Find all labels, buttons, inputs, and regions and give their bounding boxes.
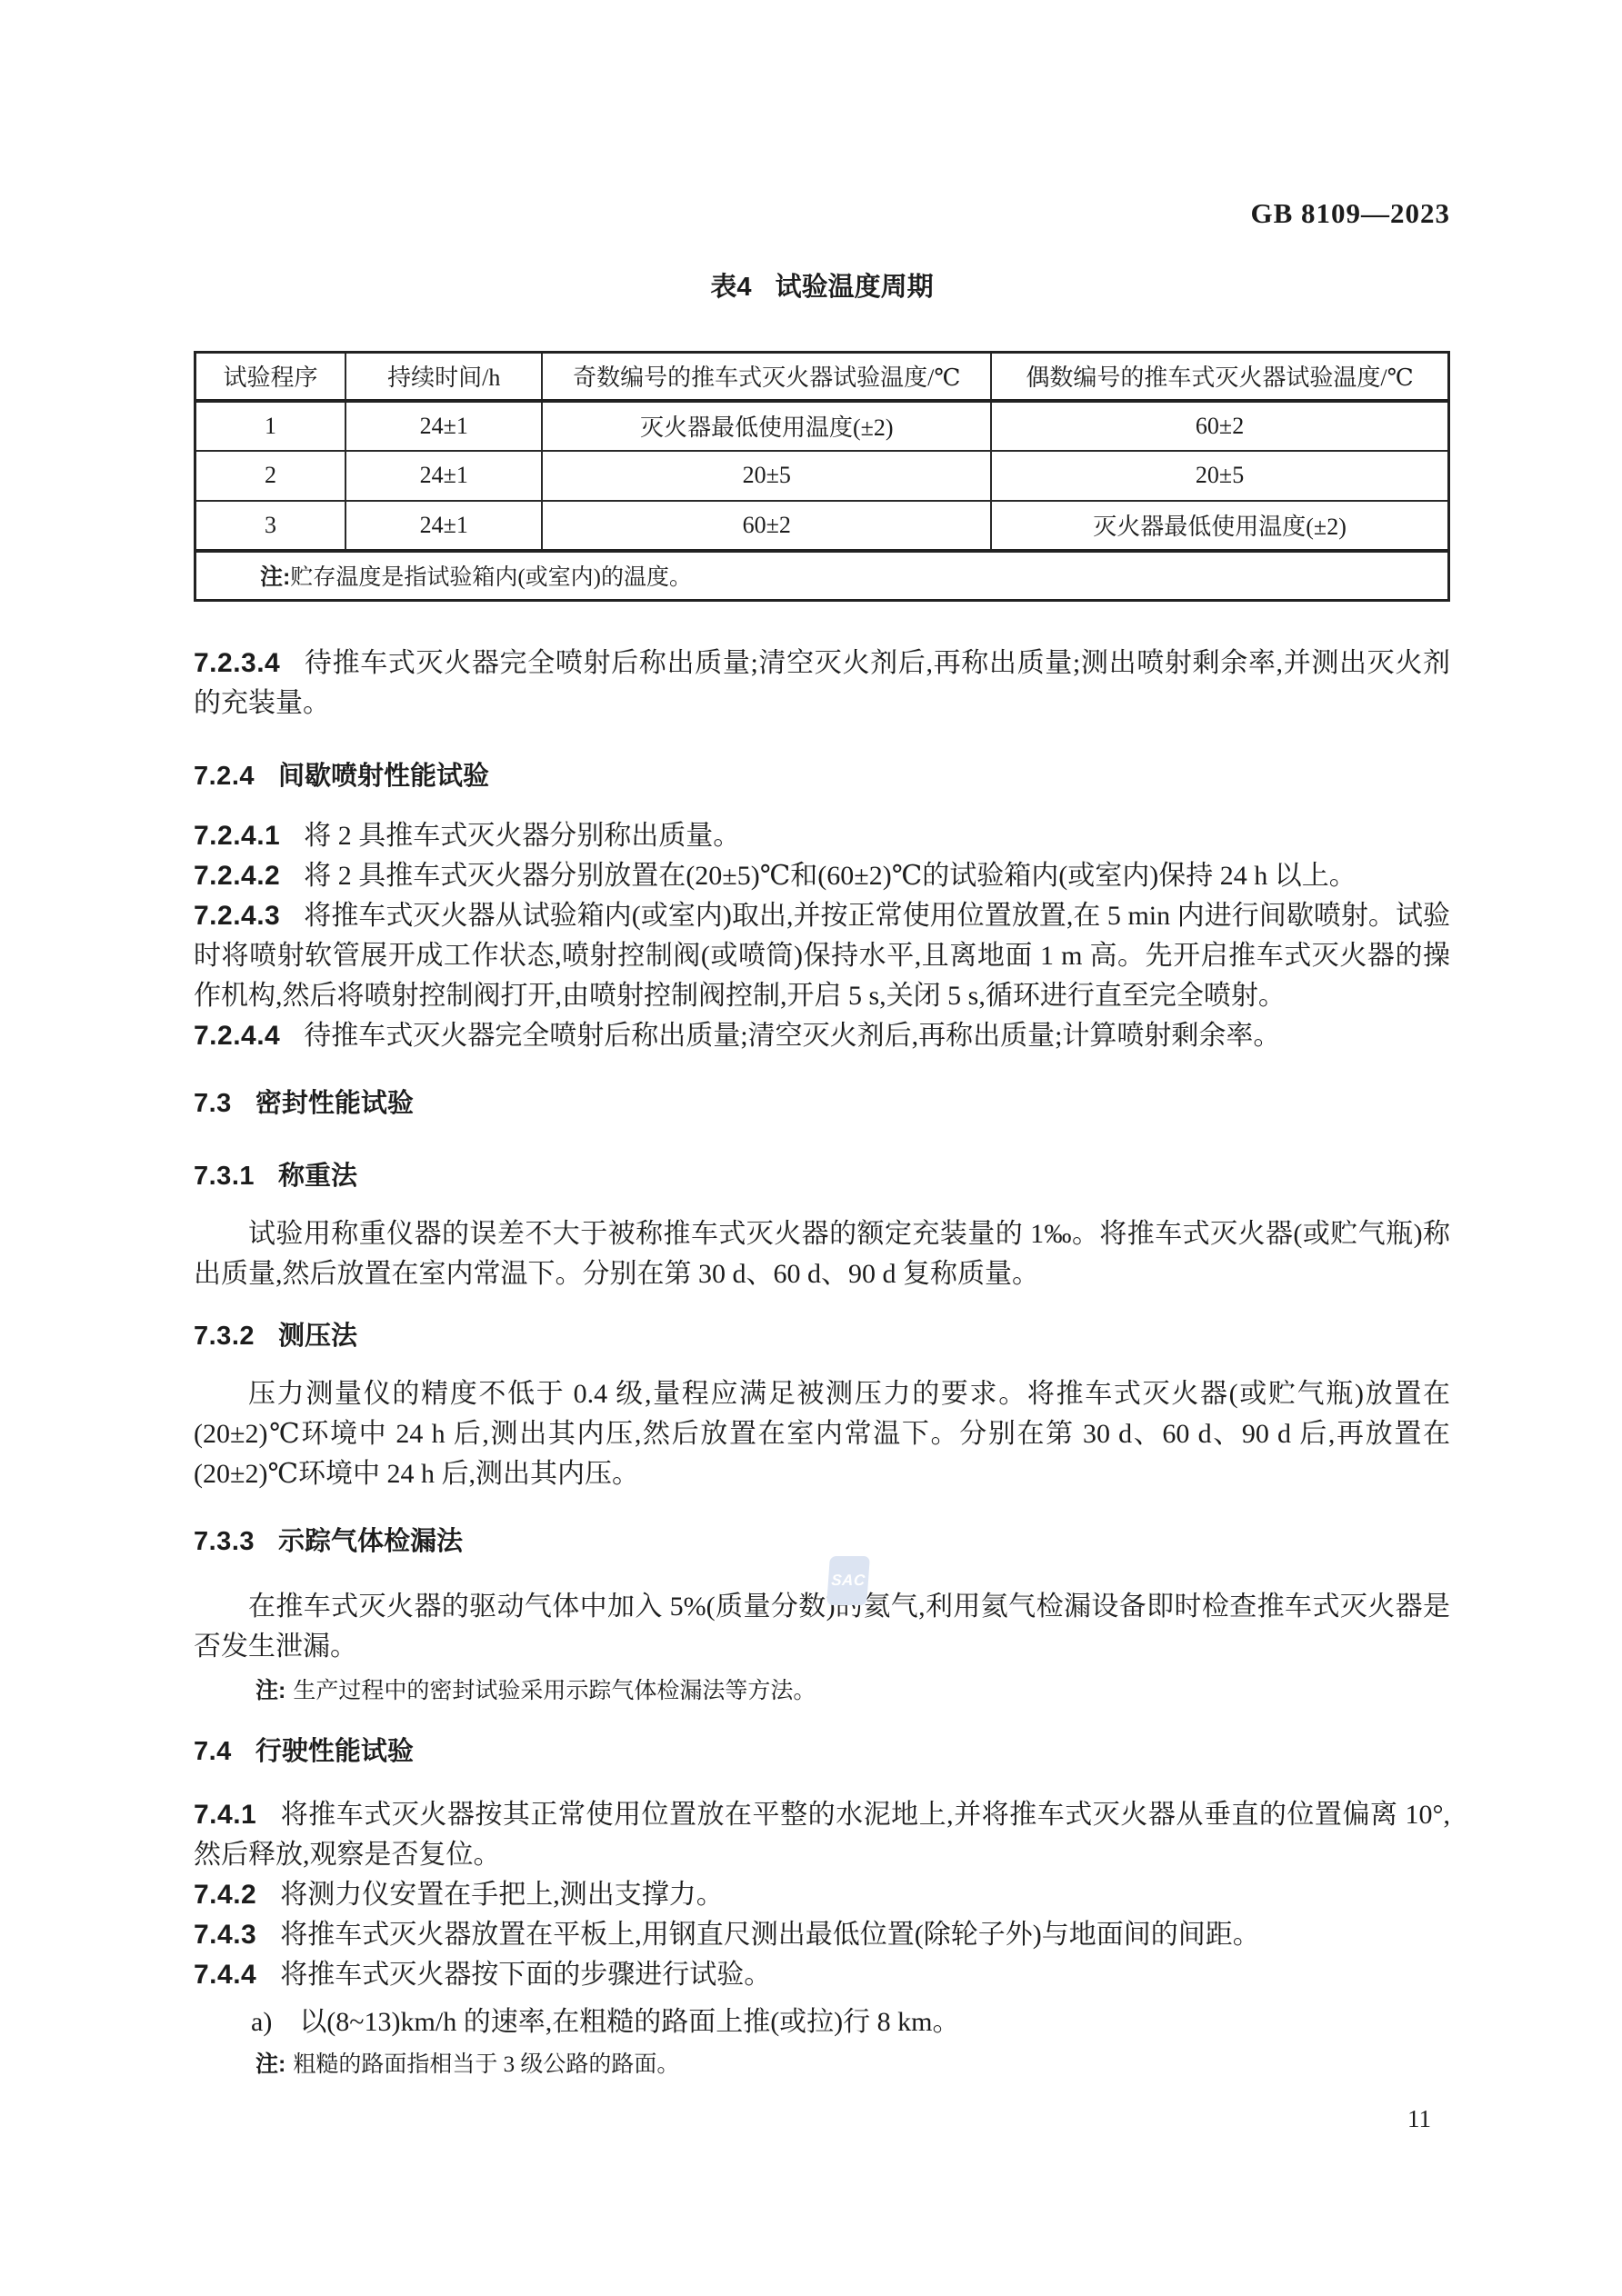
document-page: GB 8109—2023 表4试验温度周期 试验程序 持续时间/h 奇数编号的推… [0, 0, 1622, 2296]
sac-logo-watermark: SAC [826, 1556, 870, 1605]
paragraph-7-4-4: 7.4.4将推车式灭火器按下面的步骤进行试验。 [194, 1955, 1450, 1995]
clause-text: 将推车式灭火器按下面的步骤进行试验。 [280, 1960, 771, 1990]
clause-number: 7.2.4 [194, 762, 255, 791]
clause-text: 将推车式灭火器按其正常使用位置放在平整的水泥地上,并将推车式灭火器从垂直的位置偏… [194, 1800, 1450, 1870]
clause-text: 待推车式灭火器完全喷射后称出质量;清空灭火剂后,再称出质量;计算喷射剩余率。 [304, 1021, 1280, 1051]
table-cell: 60±2 [542, 501, 991, 551]
section-heading-7-2-4: 7.2.4间歇喷射性能试验 [194, 756, 1450, 796]
table-cell: 灭火器最低使用温度(±2) [991, 501, 1448, 551]
heading-text: 间歇喷射性能试验 [278, 762, 489, 791]
heading-text: 称重法 [278, 1162, 357, 1191]
clause-number: 7.2.4.4 [194, 1021, 280, 1051]
clause-text: 将推车式灭火器放置在平板上,用钢直尺测出最低位置(除轮子外)与地面间的间距。 [280, 1920, 1259, 1950]
table-cell: 24±1 [345, 451, 543, 501]
note-text: 生产过程中的密封试验采用示踪气体检漏法等方法。 [293, 1679, 816, 1703]
table-caption: 表4试验温度周期 [194, 269, 1450, 305]
clause-text: 试验用称重仪器的误差不大于被称推车式灭火器的额定充装量的 1‰。将推车式灭火器(… [194, 1219, 1450, 1289]
clause-text: 压力测量仪的精度不低于 0.4 级,量程应满足被测压力的要求。将推车式灭火器(或… [194, 1379, 1450, 1489]
table-cell: 24±1 [345, 501, 543, 551]
table-note-label: 注: [260, 564, 290, 590]
table-note-row: 注:贮存温度是指试验箱内(或室内)的温度。 [195, 551, 1449, 601]
clause-number: 7.3.2 [194, 1322, 255, 1351]
header-cell-even-temp: 偶数编号的推车式灭火器试验温度/℃ [991, 353, 1448, 401]
table-note: 注:贮存温度是指试验箱内(或室内)的温度。 [195, 551, 1449, 601]
header-cell-procedure: 试验程序 [195, 353, 345, 401]
section-heading-7-3-2: 7.3.2测压法 [194, 1316, 1450, 1356]
paragraph-7-2-4-1: 7.2.4.1将 2 具推车式灭火器分别称出质量。 [194, 816, 1450, 856]
heading-text: 测压法 [278, 1322, 357, 1351]
paragraph-7-2-3-4: 7.2.3.4待推车式灭火器完全喷射后称出质量;清空灭火剂后,再称出质量;测出喷… [194, 644, 1450, 724]
clause-text: 将推车式灭火器从试验箱内(或室内)取出,并按正常使用位置放置,在 5 min 内… [194, 901, 1450, 1011]
table-caption-label: 表4 [710, 273, 751, 302]
note-7-3-3: 注:生产过程中的密封试验采用示踪气体检漏法等方法。 [194, 1674, 1450, 1708]
table-cell: 20±5 [991, 451, 1448, 501]
table-cell: 3 [195, 501, 345, 551]
clause-number: 7.4 [194, 1737, 232, 1766]
paragraph-7-2-4-3: 7.2.4.3将推车式灭火器从试验箱内(或室内)取出,并按正常使用位置放置,在 … [194, 896, 1450, 1016]
paragraph-7-2-4-4: 7.2.4.4待推车式灭火器完全喷射后称出质量;清空灭火剂后,再称出质量;计算喷… [194, 1016, 1450, 1056]
clause-text: 将 2 具推车式灭火器分别称出质量。 [304, 821, 740, 851]
clause-number: 7.2.4.2 [194, 861, 280, 891]
table-row: 1 24±1 灭火器最低使用温度(±2) 60±2 [195, 401, 1449, 451]
clause-number: 7.4.3 [194, 1920, 256, 1950]
heading-text: 示踪气体检漏法 [278, 1527, 463, 1556]
clause-number: 7.4.1 [194, 1800, 256, 1830]
table-cell: 24±1 [345, 401, 543, 451]
list-marker: a) [251, 2007, 272, 2037]
note-text: 粗糙的路面指相当于 3 级公路的路面。 [293, 2052, 679, 2077]
section-heading-7-3-1: 7.3.1称重法 [194, 1156, 1450, 1196]
table-cell: 20±5 [542, 451, 991, 501]
section-heading-7-3: 7.3密封性能试验 [194, 1083, 1450, 1123]
table-cell: 60±2 [991, 401, 1448, 451]
clause-number: 7.4.2 [194, 1880, 256, 1910]
table-header-row: 试验程序 持续时间/h 奇数编号的推车式灭火器试验温度/℃ 偶数编号的推车式灭火… [195, 353, 1449, 401]
clause-number: 7.2.3.4 [194, 648, 280, 678]
header-cell-duration: 持续时间/h [345, 353, 543, 401]
clause-text: 将 2 具推车式灭火器分别放置在(20±5)℃和(60±2)℃的试验箱内(或室内… [304, 861, 1357, 891]
paragraph-7-3-1-body: 试验用称重仪器的误差不大于被称推车式灭火器的额定充装量的 1‰。将推车式灭火器(… [194, 1214, 1450, 1294]
clause-text: 待推车式灭火器完全喷射后称出质量;清空灭火剂后,再称出质量;测出喷射剩余率,并测… [194, 648, 1450, 718]
section-heading-7-4: 7.4行驶性能试验 [194, 1732, 1450, 1772]
paragraph-7-3-2-body: 压力测量仪的精度不低于 0.4 级,量程应满足被测压力的要求。将推车式灭火器(或… [194, 1374, 1450, 1494]
section-heading-7-3-3: 7.3.3示踪气体检漏法 [194, 1522, 1450, 1562]
table-note-text: 贮存温度是指试验箱内(或室内)的温度。 [290, 565, 692, 590]
table-cell: 灭火器最低使用温度(±2) [542, 401, 991, 451]
paragraph-7-3-3-body: 在推车式灭火器的驱动气体中加入 5%(质量分数)的氦气,利用氦气检漏设备即时检查… [194, 1587, 1450, 1667]
table-row: 2 24±1 20±5 20±5 [195, 451, 1449, 501]
standard-code: GB 8109—2023 [194, 0, 1450, 229]
note-label: 注: [255, 1678, 285, 1703]
clause-number: 7.4.4 [194, 1960, 256, 1990]
paragraph-7-4-3: 7.4.3将推车式灭火器放置在平板上,用钢直尺测出最低位置(除轮子外)与地面间的… [194, 1915, 1450, 1955]
table-cell: 2 [195, 451, 345, 501]
list-item-a: a)以(8~13)km/h 的速率,在粗糙的路面上推(或拉)行 8 km。 [194, 2002, 1450, 2042]
list-text: 以(8~13)km/h 的速率,在粗糙的路面上推(或拉)行 8 km。 [299, 2007, 959, 2037]
clause-text: 在推车式灭火器的驱动气体中加入 5%(质量分数)的氦气,利用氦气检漏设备即时检查… [194, 1592, 1450, 1662]
heading-text: 行驶性能试验 [255, 1737, 414, 1766]
heading-text: 密封性能试验 [255, 1089, 414, 1118]
note-7-4-4: 注:粗糙的路面指相当于 3 级公路的路面。 [194, 2048, 1450, 2081]
table-row: 3 24±1 60±2 灭火器最低使用温度(±2) [195, 501, 1449, 551]
paragraph-7-2-4-2: 7.2.4.2将 2 具推车式灭火器分别放置在(20±5)℃和(60±2)℃的试… [194, 856, 1450, 896]
note-label: 注: [255, 2051, 285, 2077]
clause-number: 7.3.3 [194, 1527, 255, 1556]
clause-number: 7.2.4.1 [194, 821, 280, 851]
clause-text: 将测力仪安置在手把上,测出支撑力。 [280, 1880, 724, 1910]
clause-number: 7.3.1 [194, 1162, 255, 1191]
table-caption-text: 试验温度周期 [776, 273, 934, 302]
clause-number: 7.3 [194, 1089, 232, 1118]
header-cell-odd-temp: 奇数编号的推车式灭火器试验温度/℃ [542, 353, 991, 401]
paragraph-7-4-2: 7.4.2将测力仪安置在手把上,测出支撑力。 [194, 1875, 1450, 1915]
clause-number: 7.2.4.3 [194, 901, 280, 931]
test-temperature-cycle-table: 试验程序 持续时间/h 奇数编号的推车式灭火器试验温度/℃ 偶数编号的推车式灭火… [194, 351, 1450, 602]
paragraph-7-4-1: 7.4.1将推车式灭火器按其正常使用位置放在平整的水泥地上,并将推车式灭火器从垂… [194, 1795, 1450, 1875]
table-cell: 1 [195, 401, 345, 451]
page-number: 11 [1407, 2105, 1431, 2132]
